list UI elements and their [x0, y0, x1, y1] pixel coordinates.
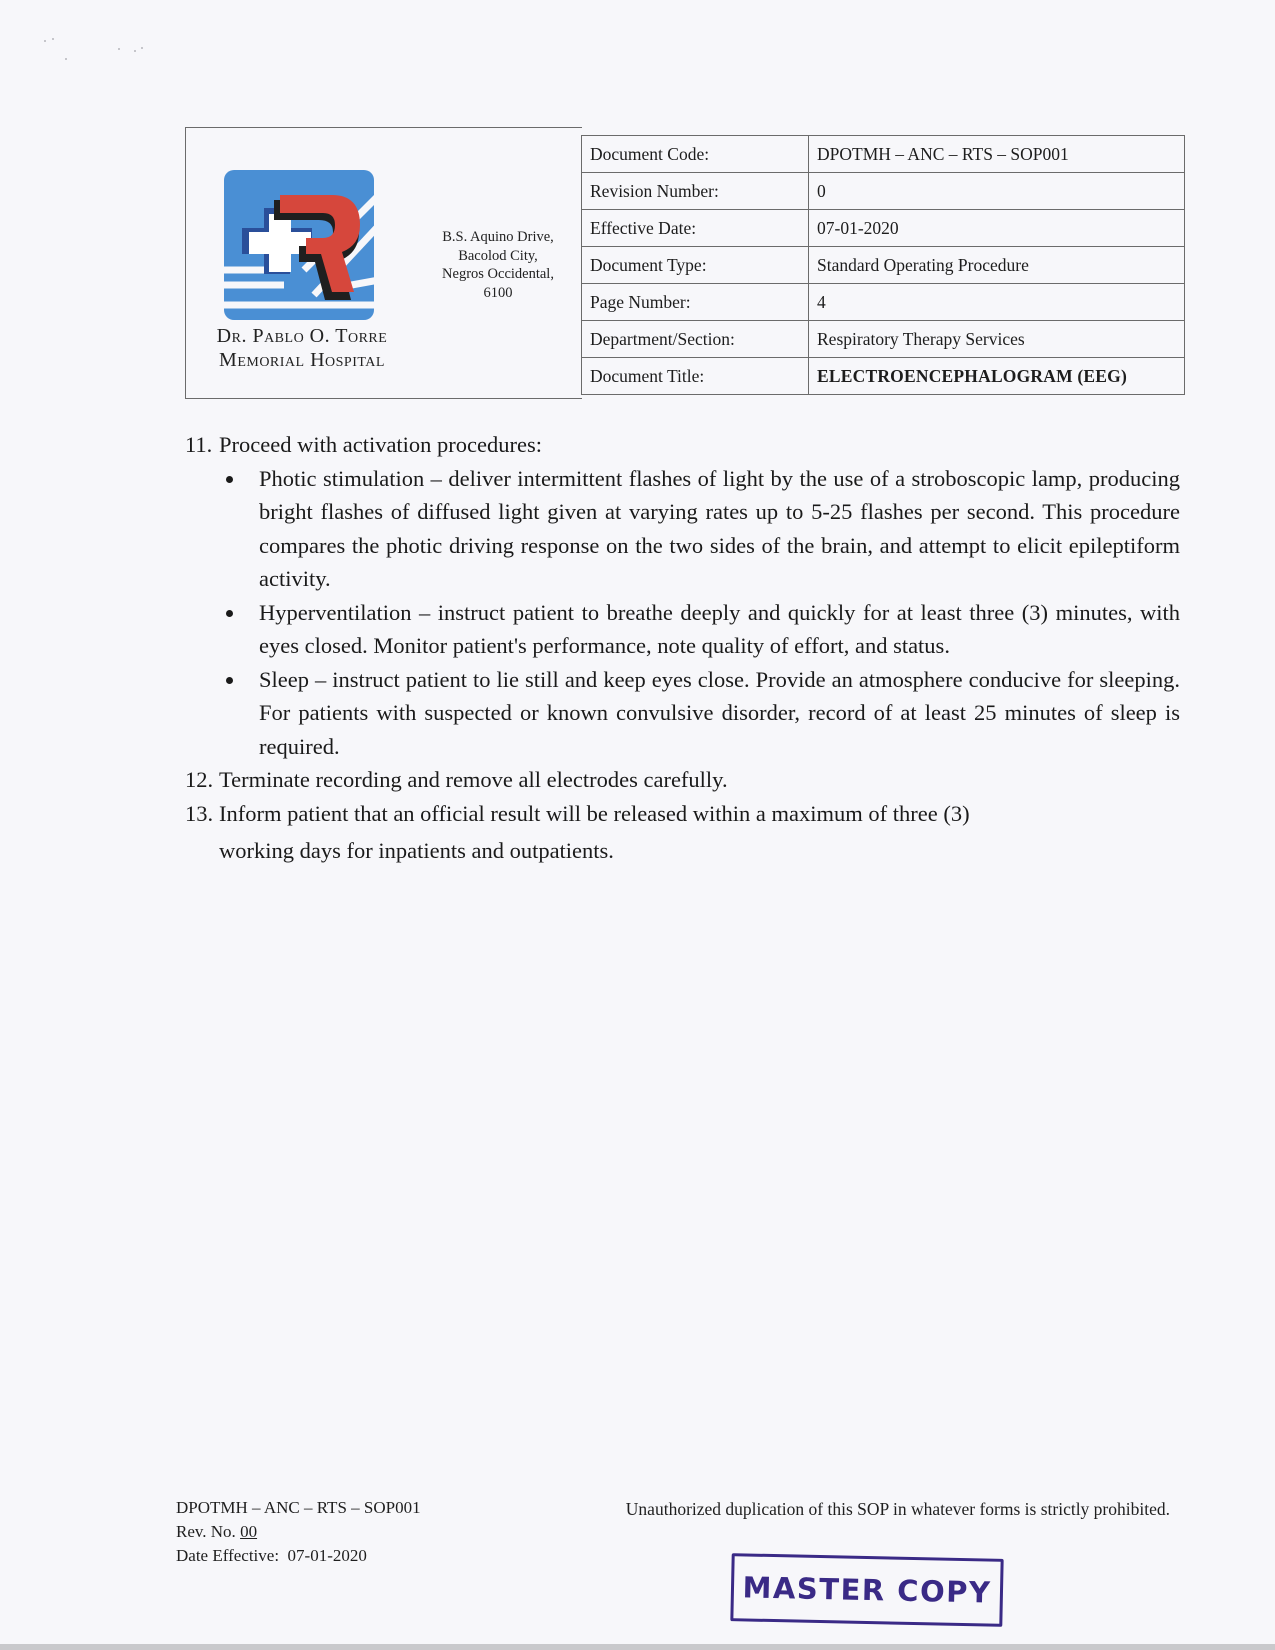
step-text-continued: working days for inpatients and outpatie… — [219, 834, 1180, 868]
hospital-name: Dr. Pablo O. Torre Memorial Hospital — [196, 324, 408, 372]
table-row: Revision Number: 0 — [582, 173, 1185, 210]
document-info-table: Document Code: DPOTMH – ANC – RTS – SOP0… — [581, 135, 1185, 395]
footer-date-value: 07-01-2020 — [288, 1546, 367, 1565]
hospital-address: B.S. Aquino Drive, Bacolod City, Negros … — [418, 228, 578, 302]
logo-cell: Dr. Pablo O. Torre Memorial Hospital B.S… — [185, 127, 582, 399]
document-code-value: DPOTMH – ANC – RTS – SOP001 — [809, 136, 1185, 173]
bullet-hyperventilation: Hyperventilation – instruct patient to b… — [219, 596, 1180, 663]
page-number-value: 4 — [809, 284, 1185, 321]
scan-edge — [0, 1644, 1275, 1650]
address-line: Bacolod City, — [418, 247, 578, 266]
table-row: Page Number: 4 — [582, 284, 1185, 321]
footer-revision: Rev. No. 00 — [176, 1520, 496, 1544]
table-row: Effective Date: 07-01-2020 — [582, 210, 1185, 247]
footer-rev-value: 00 — [240, 1522, 257, 1541]
department-value: Respiratory Therapy Services — [809, 321, 1185, 358]
scan-speck — [141, 47, 143, 49]
scan-speck — [118, 48, 120, 50]
footer-doc-code: DPOTMH – ANC – RTS – SOP001 — [176, 1496, 496, 1520]
table-row: Document Code: DPOTMH – ANC – RTS – SOP0… — [582, 136, 1185, 173]
document-type-label: Document Type: — [582, 247, 809, 284]
hospital-name-line2: Memorial Hospital — [196, 348, 408, 372]
scan-speck — [65, 58, 67, 60]
bullet-sleep: Sleep – instruct patient to lie still an… — [219, 663, 1180, 764]
scan-speck — [44, 40, 46, 42]
step-12: 12. Terminate recording and remove all e… — [185, 763, 1180, 797]
scan-speck — [134, 50, 136, 52]
activation-procedures-list: Photic stimulation – deliver intermitten… — [219, 462, 1180, 764]
effective-date-label: Effective Date: — [582, 210, 809, 247]
scan-speck — [52, 38, 54, 40]
department-label: Department/Section: — [582, 321, 809, 358]
hospital-name-line1: Dr. Pablo O. Torre — [196, 324, 408, 348]
address-line: B.S. Aquino Drive, — [418, 228, 578, 247]
address-line: Negros Occidental, — [418, 265, 578, 284]
table-row: Document Title: ELECTROENCEPHALOGRAM (EE… — [582, 358, 1185, 395]
step-text: Proceed with activation procedures: — [219, 432, 542, 457]
document-title-value: ELECTROENCEPHALOGRAM (EEG) — [809, 358, 1185, 395]
document-title-label: Document Title: — [582, 358, 809, 395]
procedure-steps: 11. Proceed with activation procedures: … — [185, 428, 1180, 868]
bullet-photic-stimulation: Photic stimulation – deliver intermitten… — [219, 462, 1180, 596]
table-row: Document Type: Standard Operating Proced… — [582, 247, 1185, 284]
step-number: 13. — [185, 797, 213, 831]
address-line: 6100 — [418, 284, 578, 303]
page-number-label: Page Number: — [582, 284, 809, 321]
step-text: Terminate recording and remove all elect… — [219, 767, 728, 792]
hospital-logo-cross-r-icon — [224, 170, 380, 322]
document-header: Dr. Pablo O. Torre Memorial Hospital B.S… — [185, 127, 1185, 399]
footer-disclaimer: Unauthorized duplication of this SOP in … — [520, 1499, 1170, 1520]
footer-rev-label: Rev. No. — [176, 1522, 240, 1541]
step-text: Inform patient that an official result w… — [219, 801, 970, 826]
master-copy-stamp: MASTER COPY — [730, 1553, 1003, 1627]
footer-document-info: DPOTMH – ANC – RTS – SOP001 Rev. No. 00 … — [176, 1496, 496, 1568]
revision-number-label: Revision Number: — [582, 173, 809, 210]
footer-date-label: Date Effective: — [176, 1546, 288, 1565]
revision-number-value: 0 — [809, 173, 1185, 210]
document-code-label: Document Code: — [582, 136, 809, 173]
step-13: 13. Inform patient that an official resu… — [185, 797, 1180, 868]
step-number: 11. — [185, 428, 212, 462]
document-type-value: Standard Operating Procedure — [809, 247, 1185, 284]
step-number: 12. — [185, 763, 213, 797]
table-row: Department/Section: Respiratory Therapy … — [582, 321, 1185, 358]
effective-date-value: 07-01-2020 — [809, 210, 1185, 247]
footer-date-effective: Date Effective: 07-01-2020 — [176, 1544, 496, 1568]
step-11: 11. Proceed with activation procedures: … — [185, 428, 1180, 763]
